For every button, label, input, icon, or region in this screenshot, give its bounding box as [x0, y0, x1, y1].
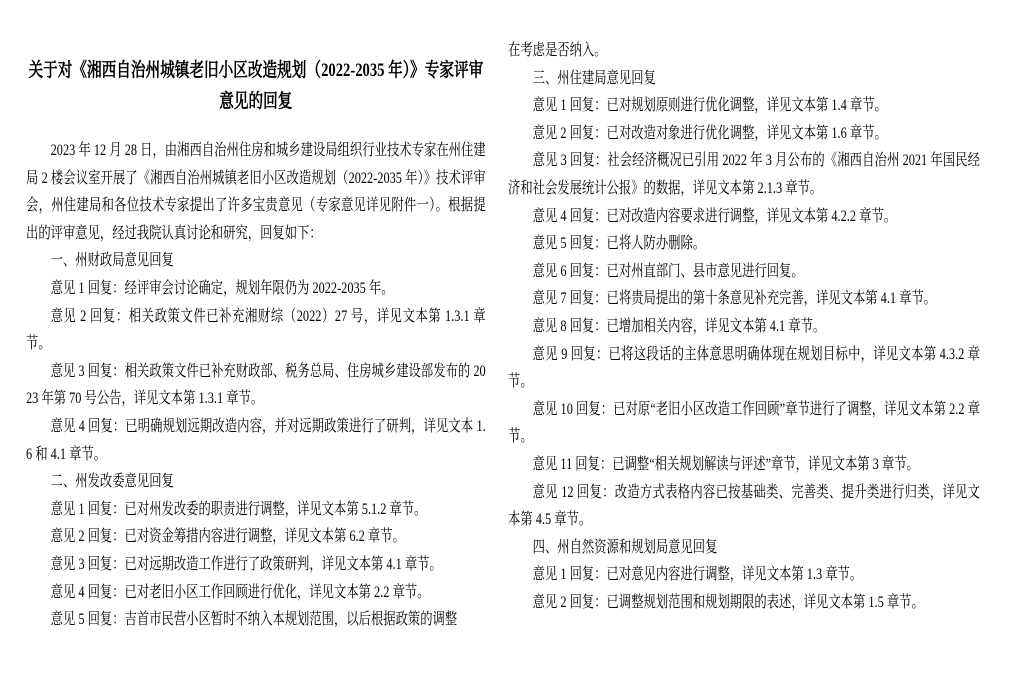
paragraph: 意见 5 回复：已将人防办删除。: [508, 230, 980, 258]
document-page-right: 在考虑是否纳入。三、州住建局意见回复意见 1 回复：已对规划原则进行优化调整，详…: [508, 37, 980, 616]
paragraph: 意见 3 回复：社会经济概况已引用 2022 年 3 月公布的《湘西自治州 20…: [508, 147, 980, 202]
paragraph: 意见 10 回复：已对原“老旧小区改造工作回顾”章节进行了调整，详见文本第 2.…: [508, 396, 980, 451]
section-heading: 四、州自然资源和规划局意见回复: [508, 534, 980, 562]
paragraph: 意见 2 回复：已对改造对象进行优化调整，详见文本第 1.6 章节。: [508, 120, 980, 148]
paragraph: 意见 3 回复：已对远期改造工作进行了政策研判，详见文本第 4.1 章节。: [26, 551, 486, 579]
paragraph: 在考虑是否纳入。: [508, 37, 980, 65]
section-heading: 二、州发改委意见回复: [26, 468, 486, 496]
paragraph: 意见 5 回复：吉首市民营小区暂时不纳入本规划范围，以后根据政策的调整: [26, 606, 486, 634]
paragraph: 意见 7 回复：已将贵局提出的第十条意见补充完善，详见文本第 4.1 章节。: [508, 285, 980, 313]
paragraph: 意见 4 回复：已对改造内容要求进行调整，详见文本第 4.2.2 章节。: [508, 203, 980, 231]
paragraph: 意见 11 回复：已调整“相关规划解读与评述”章节，详见文本第 3 章节。: [508, 451, 980, 479]
paragraph: 意见 1 回复：已对州发改委的职责进行调整，详见文本第 5.1.2 章节。: [26, 496, 486, 524]
paragraph: 意见 1 回复：经评审会讨论确定，规划年限仍为 2022-2035 年。: [26, 275, 486, 303]
section-heading: 一、州财政局意见回复: [26, 247, 486, 275]
paragraph: 2023 年 12 月 28 日，由湘西自治州住房和城乡建设局组织行业技术专家在…: [26, 137, 486, 247]
paragraph: 意见 2 回复：已调整规划范围和规划期限的表述，详见文本第 1.5 章节。: [508, 589, 980, 617]
paragraph: 意见 1 回复：已对意见内容进行调整，详见文本第 1.3 章节。: [508, 561, 980, 589]
paragraph: 意见 9 回复：已将这段话的主体意思明确体现在规划目标中，详见文本第 4.3.2…: [508, 341, 980, 396]
paragraph: 意见 3 回复：相关政策文件已补充财政部、税务总局、住房城乡建设部发布的 202…: [26, 358, 486, 413]
paragraph: 意见 6 回复：已对州直部门、县市意见进行回复。: [508, 258, 980, 286]
paragraph: 意见 12 回复：改造方式表格内容已按基础类、完善类、提升类进行归类，详见文本第…: [508, 479, 980, 534]
paragraph: 意见 4 回复：已明确规划远期改造内容，并对远期政策进行了研判，详见文本 1.6…: [26, 413, 486, 468]
document-page-left: 关于对《湘西自治州城镇老旧小区改造规划（2022-2035 年）》专家评审意见的…: [26, 55, 486, 634]
paragraph: 意见 4 回复：已对老旧小区工作回顾进行优化，详见文本第 2.2 章节。: [26, 579, 486, 607]
paragraph: 意见 2 回复：相关政策文件已补充湘财综（2022）27 号，详见文本第 1.3…: [26, 303, 486, 358]
paragraph: 意见 1 回复：已对规划原则进行优化调整，详见文本第 1.4 章节。: [508, 92, 980, 120]
section-heading: 三、州住建局意见回复: [508, 65, 980, 93]
document-canvas: { "document": { "background_color": "#ff…: [0, 0, 1014, 677]
paragraph: 意见 2 回复：已对资金筹措内容进行调整，详见文本第 6.2 章节。: [26, 523, 486, 551]
paragraph: 意见 8 回复：已增加相关内容，详见文本第 4.1 章节。: [508, 313, 980, 341]
document-title: 关于对《湘西自治州城镇老旧小区改造规划（2022-2035 年）》专家评审意见的…: [26, 55, 486, 117]
